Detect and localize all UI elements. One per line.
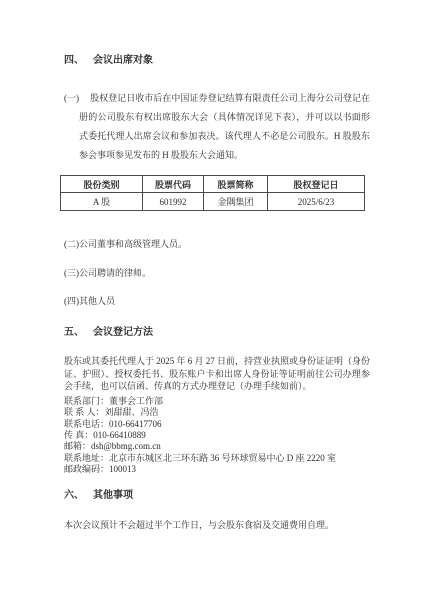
header-stock-code: 股票代码 [143,176,204,193]
header-record-date: 股权登记日 [268,176,365,193]
contact-postcode-line: 邮政编码：100013 [64,464,370,475]
contact-phone-line: 联系电话：010-66417706 [64,419,370,430]
table-row: A 股 601992 金隅集团 2025/6/23 [61,193,365,211]
item-four-text: (四)其他人员 [64,295,370,308]
section-five-number: 五、 [64,326,93,339]
table-header-row: 股份类别 股票代码 股票简称 股权登记日 [61,176,365,193]
header-share-class: 股份类别 [61,176,143,193]
share-registration-table: 股份类别 股票代码 股票简称 股权登记日 A 股 601992 金隅集团 202… [60,175,365,211]
item-one-label: (一) [64,93,79,103]
section-six-number: 六、 [64,489,93,502]
cell-record-date: 2025/6/23 [268,193,365,211]
contact-fax-line: 传 真：010-66410889 [64,430,370,441]
contact-block: 联系部门：董事会工作部 联 系 人：刘甜甜、冯浩 联系电话：010-664177… [64,396,370,476]
contact-address-line: 联系地址：北京市东城区北三环东路 36 号环球贸易中心 D 座 2220 室 [64,453,370,464]
item-two-text: (二)公司董事和高级管理人员。 [64,238,370,251]
item-one-paragraph: (一)股权登记日收市后在中国证券登记结算有限责任公司上海分公司登记在册的公司股东… [64,89,370,165]
section-four-title: 会议出席对象 [93,55,153,66]
section-four-heading: 四、会议出席对象 [64,54,370,67]
section-six-title: 其他事项 [93,490,133,501]
section-four-number: 四、 [64,54,93,67]
item-three-text: (三)公司聘请的律师。 [64,267,370,280]
section-five-title: 会议登记方法 [93,327,153,338]
registration-paragraph: 股东或其委托代理人于 2025 年 6 月 27 日前，持营业执照或身份证证明（… [64,355,370,393]
section-six-heading: 六、其他事项 [64,489,370,502]
contact-email-line: 邮箱：dsh@bbmg.com.cn [64,441,370,452]
cell-stock-code: 601992 [143,193,204,211]
document-page: 四、会议出席对象 (一)股权登记日收市后在中国证券登记结算有限责任公司上海分公司… [0,0,424,600]
contact-department-line: 联系部门：董事会工作部 [64,396,370,407]
other-matters-paragraph: 本次会议预计不会超过半个工作日，与会股东食宿及交通费用自理。 [64,519,370,532]
section-five-heading: 五、会议登记方法 [64,326,370,339]
cell-share-class: A 股 [61,193,143,211]
contact-person-line: 联 系 人：刘甜甜、冯浩 [64,407,370,418]
header-stock-abbr: 股票简称 [204,176,268,193]
cell-stock-abbr: 金隅集团 [204,193,268,211]
item-one-text: 股权登记日收市后在中国证券登记结算有限责任公司上海分公司登记在册的公司股东有权出… [79,93,370,160]
